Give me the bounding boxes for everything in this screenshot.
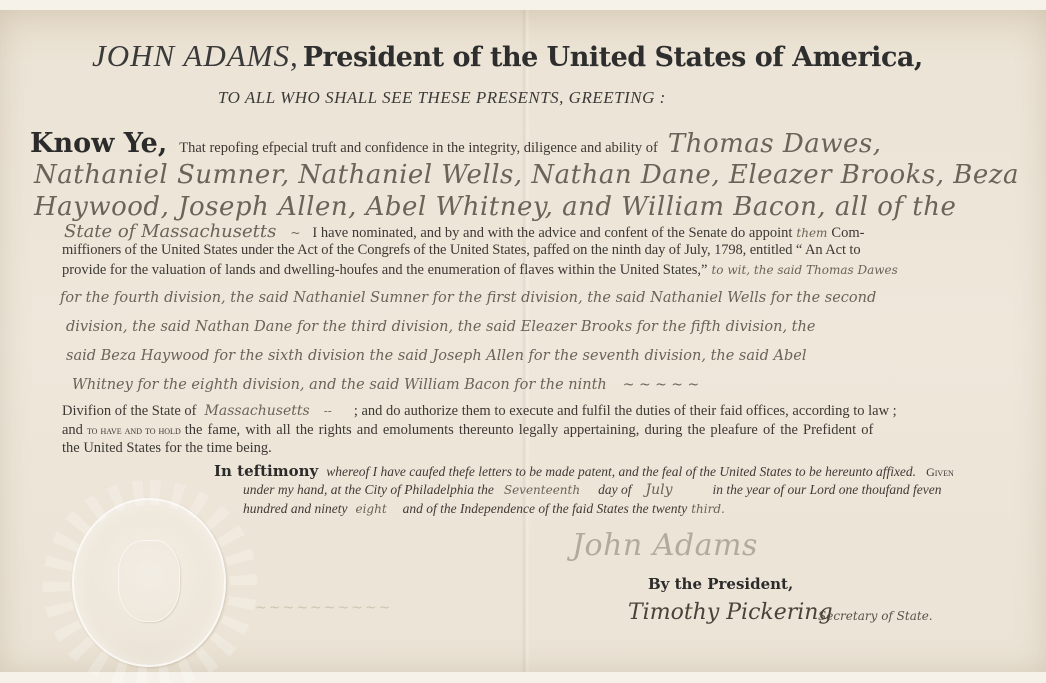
body-line-10: Whitney for the eighth division, and the… xyxy=(72,376,699,394)
testimony-line-2: under my hand, at the City of Philadelph… xyxy=(243,481,941,499)
body-line-13: the United States for the time being. xyxy=(62,440,272,457)
body-line-8: division, the said Nathan Dane for the t… xyxy=(66,319,815,335)
header-name: JOHN ADAMS, xyxy=(92,38,299,73)
nominee-first: Thomas Dawes, xyxy=(668,129,882,159)
header-greeting: TO ALL WHO SHALL SEE THESE PRESENTS, GRE… xyxy=(218,88,666,108)
testimony-line-1: In teftimony whereof I have caufed thefe… xyxy=(214,462,954,481)
secretary-title: Secretary of State. xyxy=(818,609,933,623)
secretary-signature: Timothy Pickering xyxy=(628,600,833,625)
body-line-2: Nathaniel Sumner, Nathaniel Wells, Natha… xyxy=(34,160,1019,190)
body-line-6: provide for the valuation of lands and d… xyxy=(62,261,898,279)
body-line-5: miffioners of the United States under th… xyxy=(62,242,860,259)
body-line-11: Divifion of the State of Massachusetts -… xyxy=(62,402,897,420)
header-title: JOHN ADAMS, President of the United Stat… xyxy=(92,38,923,74)
body-line-1: Know Ye, That repofing efpecial truft an… xyxy=(30,128,881,159)
testimony-line-3: hundred and ninety eight and of the Inde… xyxy=(243,500,725,518)
document-paper: JOHN ADAMS, President of the United Stat… xyxy=(0,10,1046,672)
body-line-3: Haywood, Joseph Allen, Abel Whitney, and… xyxy=(34,192,956,222)
faded-signature: ~~~~~~~~~~ xyxy=(255,600,392,616)
header-office: President of the United States of Americ… xyxy=(303,42,923,73)
know-ye-heading: Know Ye, xyxy=(30,128,167,159)
testimony-heading: In teftimony xyxy=(214,462,318,480)
president-signature: John Adams xyxy=(572,528,758,563)
body-line-12: and to have and to hold the fame, with a… xyxy=(62,421,873,439)
body-line-9: said Beza Haywood for the sixth division… xyxy=(66,348,807,364)
body-line-4: State of Massachusetts ~ I have nominate… xyxy=(64,221,864,242)
eagle-emblem-icon xyxy=(118,540,180,622)
by-the-president-label: By the President, xyxy=(648,575,793,593)
body-line-7: for the fourth division, the said Nathan… xyxy=(60,290,876,306)
